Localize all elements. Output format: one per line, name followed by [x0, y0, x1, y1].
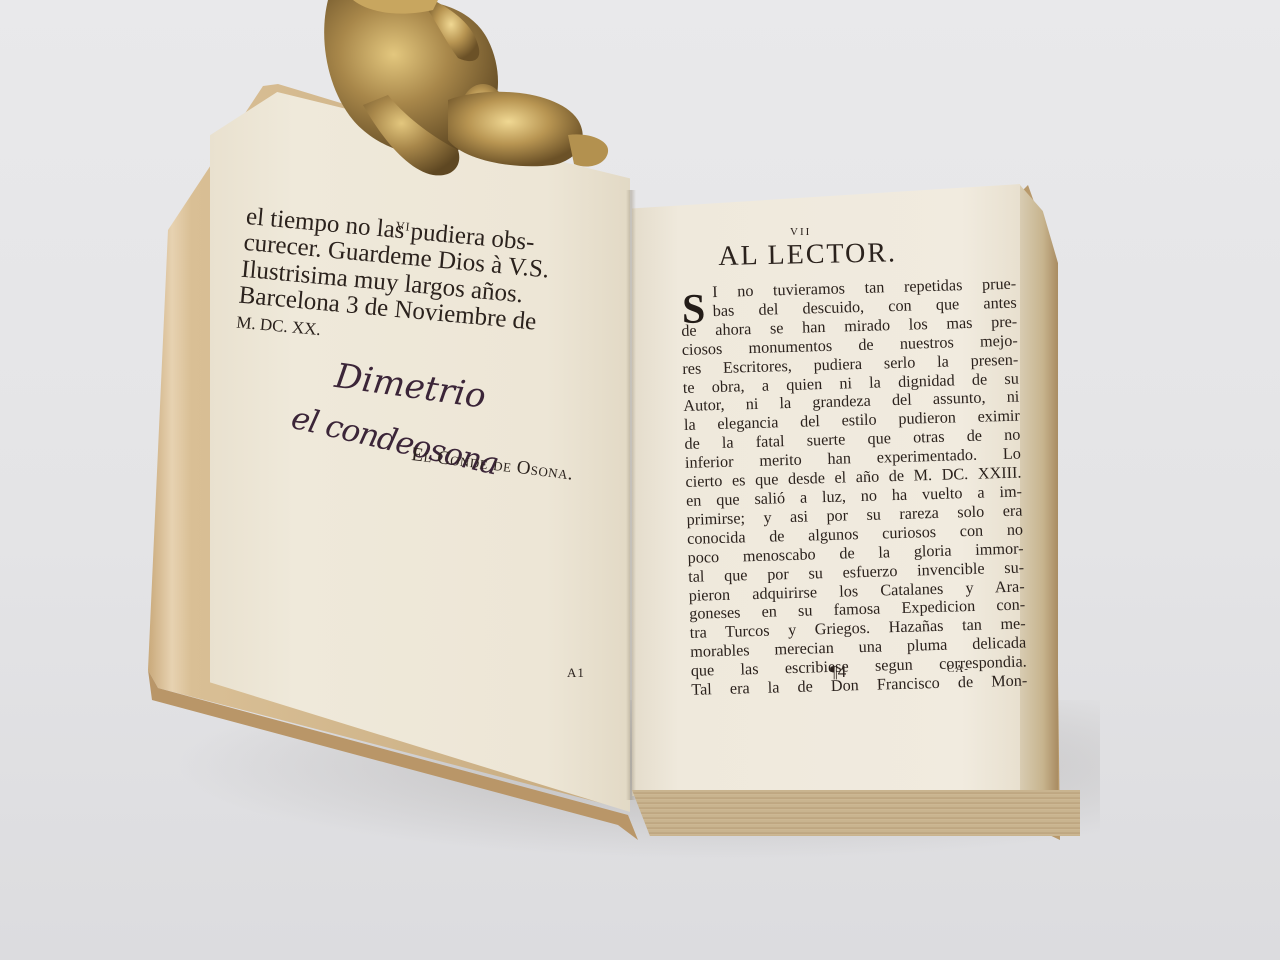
page-block-edge [1020, 185, 1058, 835]
page-fore-edge [632, 790, 1080, 836]
brass-cherub-figurine [258, 0, 618, 185]
right-signature-mark: ¶4 [830, 662, 846, 682]
catchword: CA- [947, 663, 969, 675]
right-page-number: VII [790, 226, 811, 238]
left-signature-mark: A1 [567, 665, 585, 681]
right-page-text: I no tuvieramos tan repetidas prue- bas … [680, 275, 1027, 700]
cherub-icon [258, 0, 618, 185]
left-page-text: VI el tiempo no las pudiera obs- curecer… [235, 196, 553, 363]
chapter-title: AL LECTOR. [718, 237, 897, 273]
book-gutter [626, 190, 636, 800]
